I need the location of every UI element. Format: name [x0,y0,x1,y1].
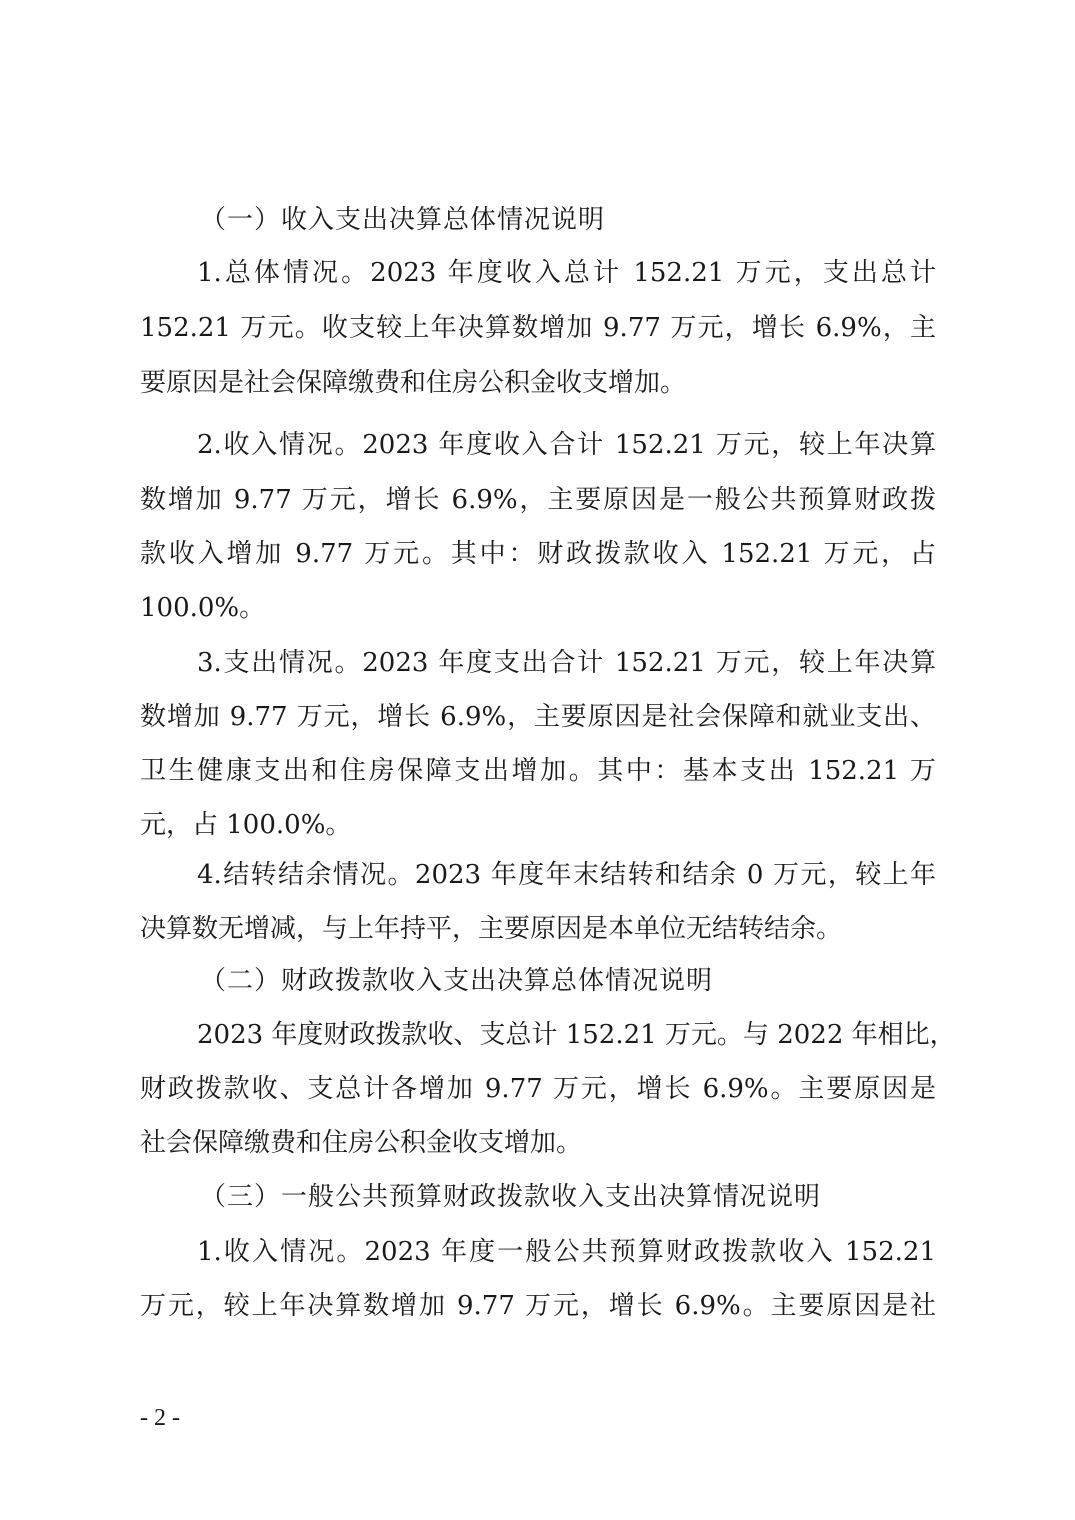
paragraph-line: 4.结转结余情况。2023 年度年末结转和结余 0 万元，较上年 [197,858,936,892]
paragraph-line: 款收入增加 9.77 万元。其中：财政拨款收入 152.21 万元，占 [140,537,936,571]
paragraph-line: 2.收入情况。2023 年度收入合计 152.21 万元，较上年决算 [197,428,936,462]
paragraph-line: 要原因是社会保障缴费和住房公积金收支增加。 [140,366,936,400]
paragraph-line: 决算数无增减，与上年持平，主要原因是本单位无结转结余。 [140,912,936,946]
paragraph-line: 卫生健康支出和住房保障支出增加。其中：基本支出 152.21 万 [140,754,936,788]
section-heading-3: （三）一般公共预算财政拨款收入支出决算情况说明 [200,1180,821,1214]
page-number: - 2 - [140,1403,180,1433]
paragraph-line: 1.总体情况。2023 年度收入总计 152.21 万元，支出总计 [197,256,936,290]
paragraph-line: 2023 年度财政拨款收、支总计 152.21 万元。与 2022 年相比， [197,1018,936,1052]
section-heading-2: （二）财政拨款收入支出决算总体情况说明 [200,964,713,998]
paragraph-line: 社会保障缴费和住房公积金收支增加。 [140,1126,936,1160]
paragraph-line: 万元，较上年决算数增加 9.77 万元，增长 6.9%。主要原因是社 [140,1289,936,1323]
paragraph-line: 数增加 9.77 万元，增长 6.9%，主要原因是社会保障和就业支出、 [140,700,936,734]
paragraph-line: 元，占 100.0%。 [140,808,936,842]
paragraph-line: 100.0%。 [140,591,936,625]
section-heading-1: （一）收入支出决算总体情况说明 [200,203,605,237]
paragraph-line: 数增加 9.77 万元，增长 6.9%，主要原因是一般公共预算财政拨 [140,483,936,517]
document-page: （一）收入支出决算总体情况说明 1.总体情况。2023 年度收入总计 152.2… [0,0,1075,1520]
paragraph-line: 1.收入情况。2023 年度一般公共预算财政拨款收入 152.21 [197,1235,936,1269]
paragraph-line: 3.支出情况。2023 年度支出合计 152.21 万元，较上年决算 [197,646,936,680]
paragraph-line: 152.21 万元。收支较上年决算数增加 9.77 万元，增长 6.9%，主 [140,311,936,345]
paragraph-line: 财政拨款收、支总计各增加 9.77 万元，增长 6.9%。主要原因是 [140,1072,936,1106]
